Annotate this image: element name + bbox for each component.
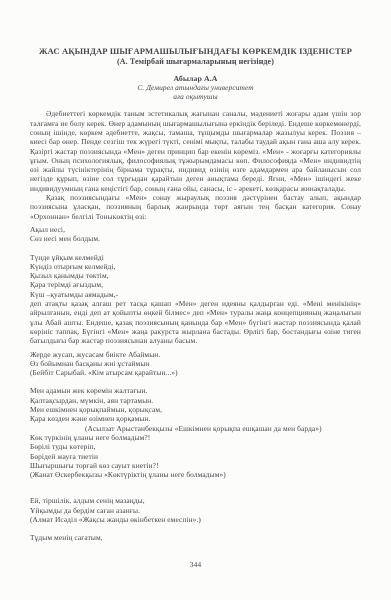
verse-line: Қызыл қанымды төктім, <box>30 271 361 280</box>
verse-line: Түнде ұйқым келмейді <box>30 253 361 262</box>
verse-continuation: Тұдым менің сағатым, <box>30 533 361 542</box>
verse-line: Ақыл иесі, <box>30 225 361 234</box>
verse-attribution: (Бейбіт Сарыбай. «Кім атырсам қарайтын..… <box>30 368 361 377</box>
verse-tonykok-intro: Ақыл иесі, Сөз иесі мен болдым. <box>30 225 361 244</box>
verse-line: Тұдым менің сағатым, <box>30 533 361 542</box>
body-paragraph-1: Әдебиеттегі көркемдік таным эстетикалық … <box>30 109 361 193</box>
verse-line: Бөрілі туды көтеріп, <box>30 442 361 451</box>
verse-attribution: (Асылзат Арыстанбекқызы «Ешкімнен қорықп… <box>85 424 361 433</box>
paper-subtitle: (А. Темірбай шығармаларының негізінде) <box>30 57 361 67</box>
verse-line: Ұйқымды да бердім саған азанғы. <box>30 506 361 515</box>
body-paragraph-2: Қазақ поэзиясындағы «Мен» сонау жыраулық… <box>30 193 361 221</box>
body-paragraph-3: деп атақты қазақ алғаш рет тасқа қашап «… <box>30 299 361 345</box>
verse-line: Сөз иесі мен болдым. <box>30 234 361 243</box>
verse-line: Жерде жусап, жусасам биікте Абаймын. <box>30 350 361 359</box>
author-affiliation: С. Демирел атындағы университет <box>30 83 361 92</box>
verse-asylzat: Мен адамын жек көремін жалтағын. Қалтақс… <box>30 386 361 432</box>
verse-zhanat: Көк түркінің ұланы неге болмадым?! Бөріл… <box>30 433 361 479</box>
verse-line: Өз бойымнан басқаны жиі ұстаймын <box>30 359 361 368</box>
verse-attribution: (Алмат Исәділ «Жақсы жанды өкінбеткен ем… <box>30 515 361 524</box>
verse-sarybai: Жерде жусап, жусасам биікте Абаймын. Өз … <box>30 350 361 378</box>
verse-line: Бөрідей жауға тиетін <box>30 452 361 461</box>
verse-attribution: (Жанат Өскербекқызы «Көктүріктің ұланы н… <box>30 470 361 479</box>
page-number: 344 <box>0 560 391 569</box>
verse-almat: Ей, тіршілік, алдым сенің мазаңды, Ұйқым… <box>30 496 361 524</box>
verse-line: Ей, тіршілік, алдым сенің мазаңды, <box>30 496 361 505</box>
author-role: аға оқытушы <box>30 92 361 101</box>
verse-line: Қара көзден және өзімнен қорқамын. <box>30 414 361 423</box>
verse-line: Қалтақсырдан, мүмкін, аян тартамын. <box>30 396 361 405</box>
verse-line: Көк түркінің ұланы неге болмадым?! <box>30 433 361 442</box>
scanned-paper-page: ЖАС АҚЫНДАР ШЫҒАРМАШЫЛЫҒЫНДАҒЫ КӨРКЕМДІК… <box>0 0 391 600</box>
author-name: Абылар А.А <box>30 74 361 84</box>
verse-line: Күш –қуатымды аямадым,- <box>30 290 361 299</box>
verse-tonykok: Түнде ұйқым келмейді Күндіз отырғым келм… <box>30 253 361 299</box>
paper-title: ЖАС АҚЫНДАР ШЫҒАРМАШЫЛЫҒЫНДАҒЫ КӨРКЕМДІК… <box>30 46 361 57</box>
verse-line: Қара терімді ағыздым, <box>30 280 361 289</box>
verse-line: Шығыршығы торғай көз сауыт киетін?! <box>30 461 361 470</box>
verse-line: Мен адамын жек көремін жалтағын. <box>30 386 361 395</box>
verse-line: Күндіз отырғым келмейді, <box>30 262 361 271</box>
verse-line: Мен ешкімнен қорықпаймын, қорықсам, <box>30 405 361 414</box>
paper-body: Әдебиеттегі көркемдік таным эстетикалық … <box>30 109 361 542</box>
